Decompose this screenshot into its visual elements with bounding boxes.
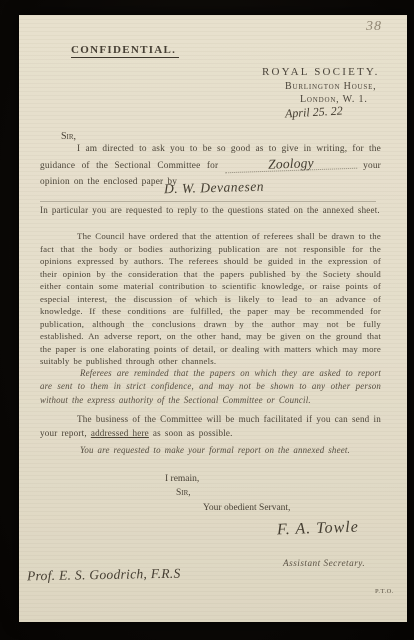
- handwritten-addressee: Prof. E. S. Goodrich, F.R.S: [27, 566, 181, 585]
- committee-handwritten: Zoology: [225, 155, 357, 173]
- letter-sheet: 38 CONFIDENTIAL. ROYAL SOCIETY. Burlingt…: [19, 15, 407, 622]
- signature-title: Assistant Secretary.: [283, 558, 365, 568]
- handwritten-date: April 25. 22: [285, 104, 343, 122]
- confidence-notice-paragraph: Referees are reminded that the papers on…: [40, 367, 381, 407]
- page-number-annotation: 38: [366, 19, 382, 35]
- org-name: ROYAL SOCIETY.: [262, 66, 380, 78]
- addressed-here-underlined: addressed here: [91, 428, 149, 438]
- council-paragraph: The Council have ordered that the attent…: [40, 230, 381, 368]
- photo-background: { "letter": { "page_number": "38", "conf…: [0, 0, 414, 640]
- pto-note: P.T.O.: [375, 588, 394, 595]
- closing-sir: Sir,: [176, 488, 191, 498]
- business-paragraph: The business of the Committee will be mu…: [40, 413, 381, 441]
- formal-report-note: You are requested to make your formal re…: [40, 445, 381, 455]
- org-address-line1: Burlington House,: [285, 81, 376, 92]
- handwritten-signature: F. A. Towle: [277, 519, 359, 540]
- closing-i-remain: I remain,: [165, 474, 199, 484]
- closing-obedient-servant: Your obedient Servant,: [203, 503, 290, 513]
- author-name-rule: [40, 201, 376, 202]
- annexed-note-paragraph: In particular you are requested to reply…: [40, 204, 381, 217]
- confidential-heading: CONFIDENTIAL.: [71, 44, 179, 58]
- business-text-after: as soon as possible.: [153, 428, 233, 438]
